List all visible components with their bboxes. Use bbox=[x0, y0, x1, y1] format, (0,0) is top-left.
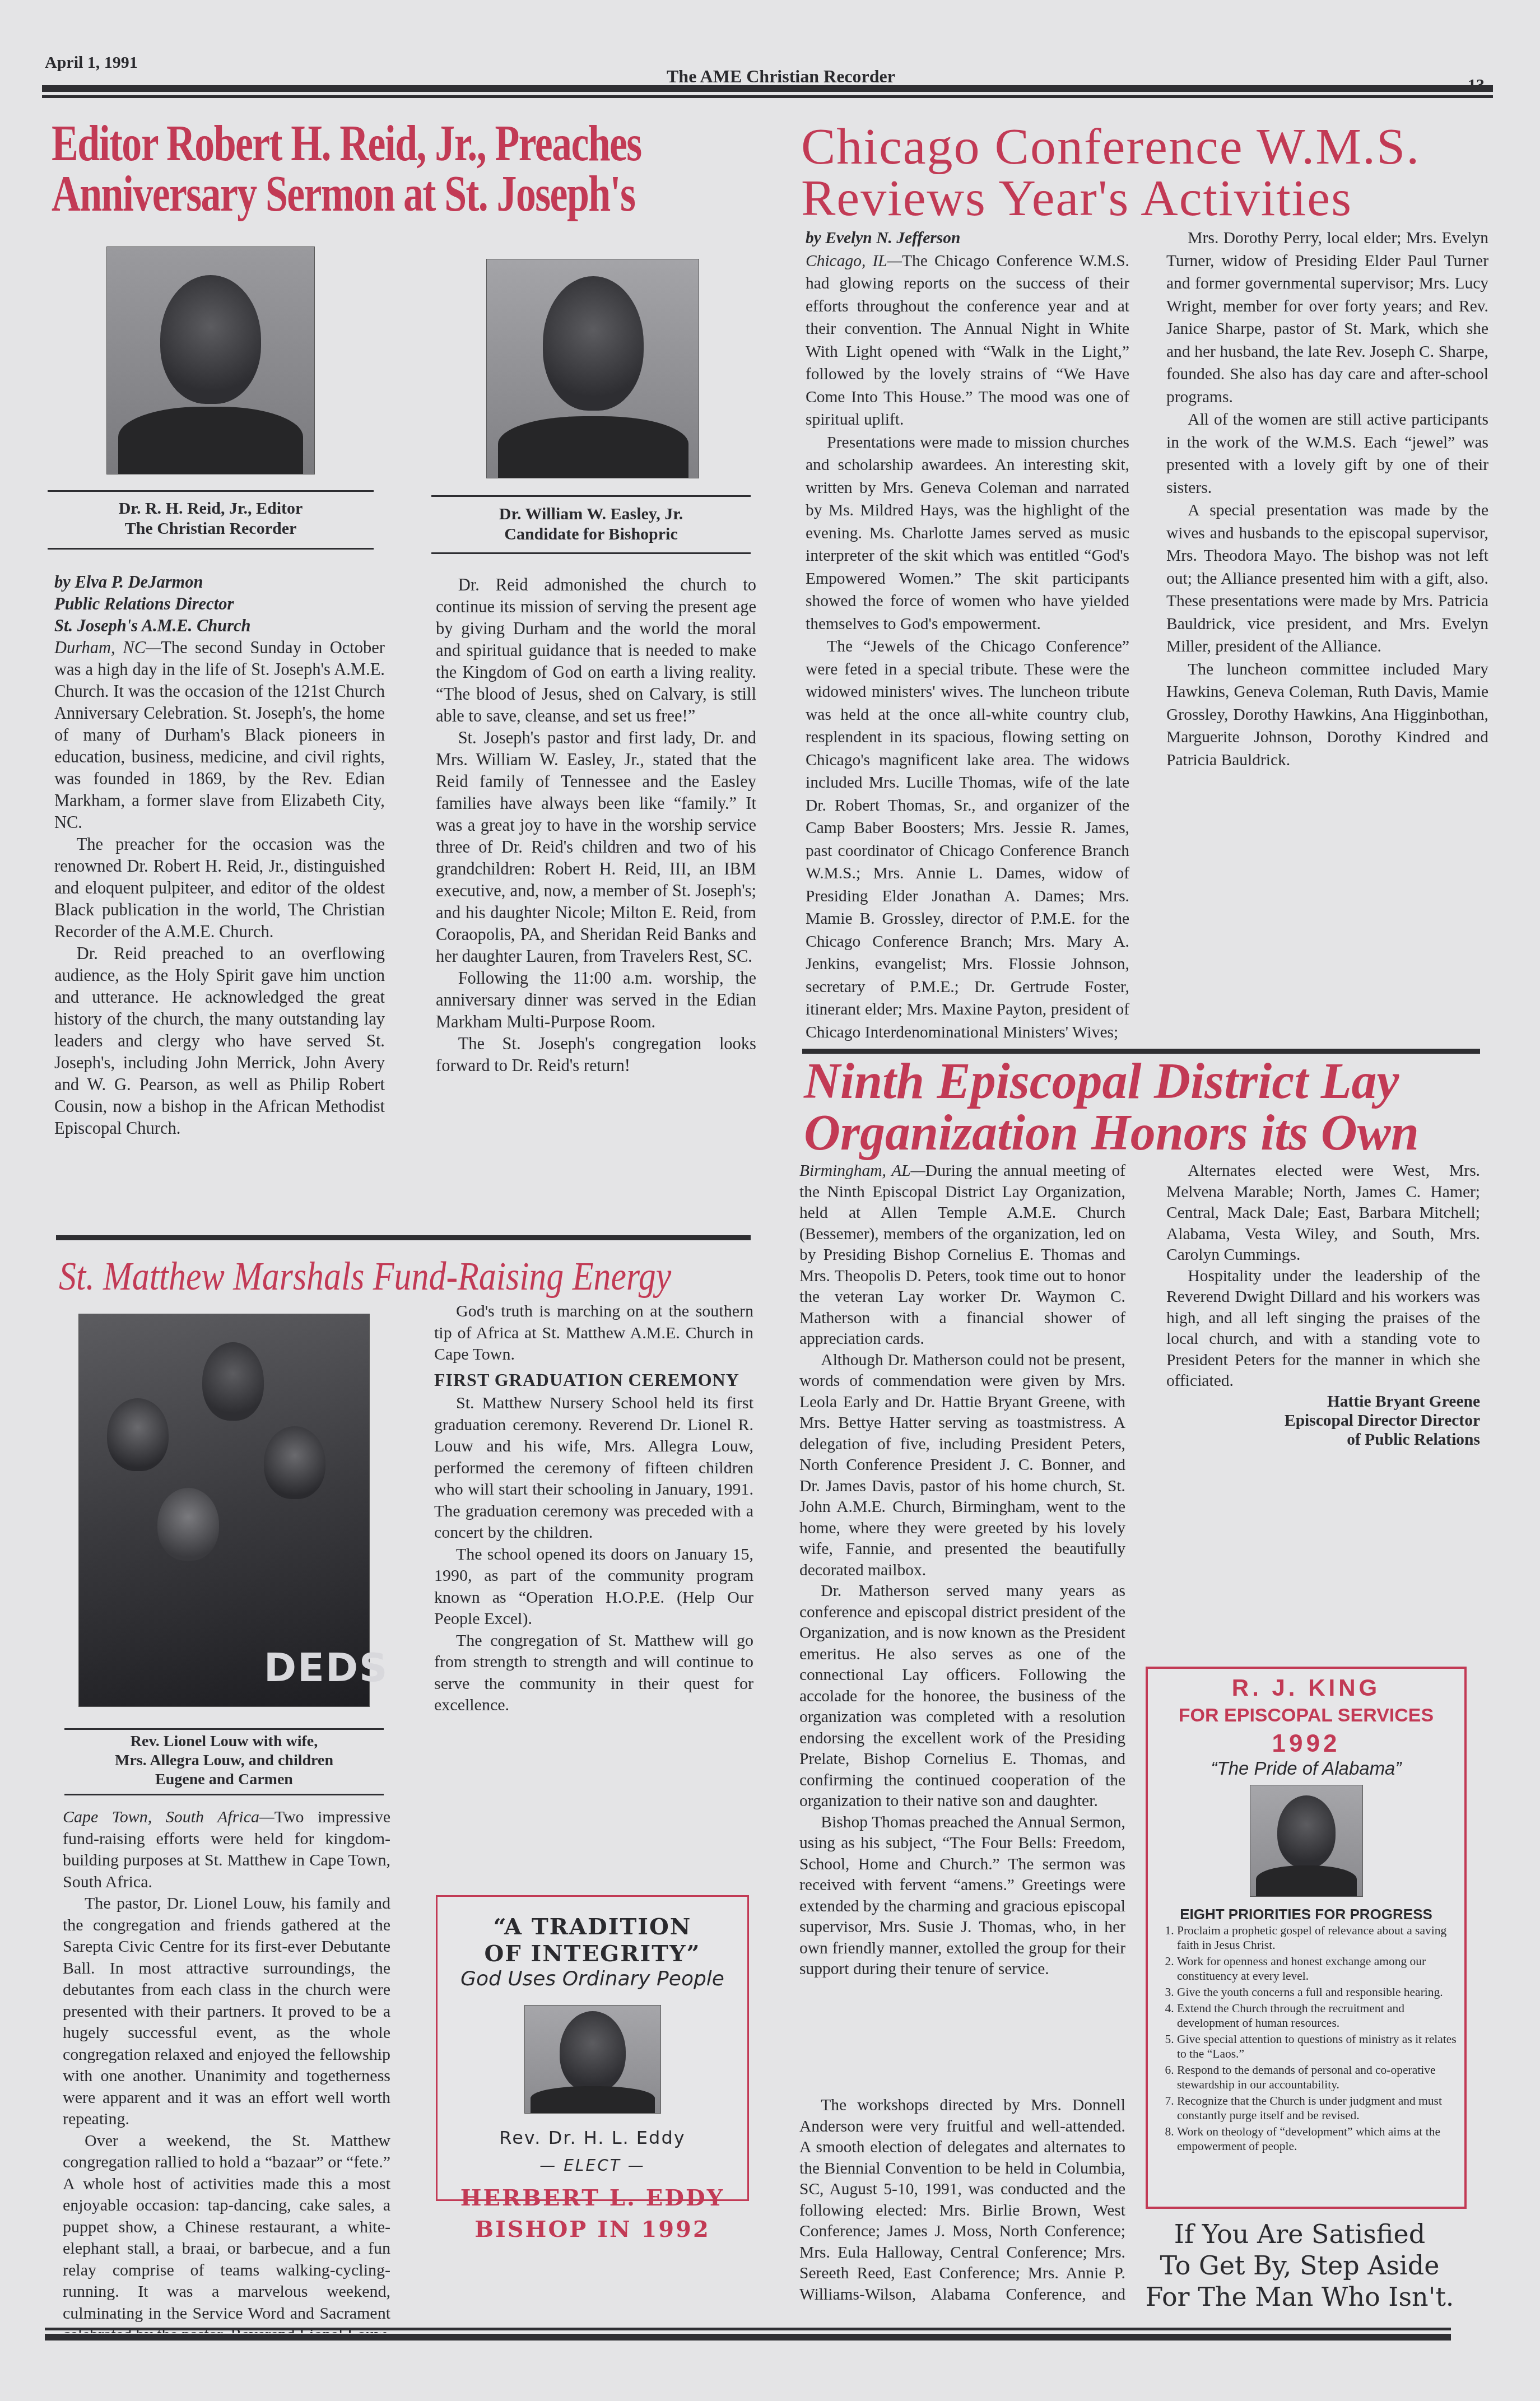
footer-rule-thin bbox=[45, 2328, 1451, 2330]
paragraph: Bishop Thomas preached the Annual Sermon… bbox=[799, 1812, 1125, 1980]
priority-item: Respond to the demands of personal and c… bbox=[1177, 2063, 1464, 2092]
priority-item: Work for openness and honest exchange am… bbox=[1177, 1954, 1464, 1983]
motto-line2: To Get By, Step Aside bbox=[1143, 2250, 1457, 2281]
headline-ninth: Ninth Episcopal District Lay Organizatio… bbox=[804, 1056, 1419, 1159]
issue-date: April 1, 1991 bbox=[45, 53, 138, 72]
priority-item: Extend the Church through the recruitmen… bbox=[1177, 2001, 1464, 2030]
reid-column-2: Dr. Reid admonished the church to contin… bbox=[436, 574, 756, 1077]
paragraph: Hospitality under the leadership of the … bbox=[1166, 1266, 1480, 1392]
signature-name: Hattie Bryant Greene bbox=[1166, 1392, 1480, 1411]
ad-eddy-elect: — ELECT — bbox=[438, 2156, 747, 2175]
reid-column-1: by Elva P. DeJarmon Public Relations Dir… bbox=[54, 571, 385, 1139]
caption-rule-bottom bbox=[431, 552, 751, 554]
paragraph: The preacher for the occasion was the re… bbox=[54, 834, 385, 943]
matthew-column-2: God's truth is marching on at the southe… bbox=[434, 1301, 753, 1716]
photo-mother-face bbox=[107, 1398, 169, 1471]
caption-easley: Dr. William W. Easley, Jr. Candidate for… bbox=[431, 504, 751, 545]
ad-king-title-1: R. J. KING bbox=[1148, 1674, 1464, 1701]
paragraph: St. Matthew Nursery School held its firs… bbox=[434, 1393, 753, 1544]
caption-rule-top bbox=[48, 490, 374, 492]
photo-eddy-body bbox=[531, 2086, 655, 2113]
priority-item: Give special attention to questions of m… bbox=[1177, 2032, 1464, 2061]
motto-line3: For The Man Who Isn't. bbox=[1143, 2281, 1457, 2312]
paragraph: Dr. Matherson served many years as confe… bbox=[799, 1581, 1125, 1812]
ad-eddy-name: Rev. Dr. H. L. Eddy bbox=[438, 2127, 747, 2148]
caption-reid-line2: The Christian Recorder bbox=[48, 519, 374, 539]
paragraph: Dr. Reid admonished the church to contin… bbox=[436, 574, 756, 727]
ad-eddy: “A TRADITION OF INTEGRITY” God Uses Ordi… bbox=[436, 1895, 749, 2201]
caption-rule-top bbox=[64, 1728, 384, 1730]
ninth-column-2: Alternates elected were West, Mrs. Melve… bbox=[1166, 1161, 1480, 1449]
paragraph: Over a weekend, the St. Matthew congrega… bbox=[63, 2130, 390, 2334]
masthead-rule-thick bbox=[42, 85, 1493, 92]
paragraph-text: The Chicago Conference W.M.S. had glowin… bbox=[806, 252, 1129, 429]
paragraph-text: During the annual meeting of the Ninth E… bbox=[799, 1162, 1125, 1348]
photo-reid bbox=[106, 246, 315, 474]
ninth-column-1-cont: The workshops directed by Mrs. Donnell A… bbox=[799, 2095, 1125, 2308]
photo-king-body bbox=[1256, 1865, 1357, 1896]
section-rule bbox=[56, 1235, 751, 1240]
paragraph: St. Joseph's pastor and first lady, Dr. … bbox=[436, 727, 756, 967]
ad-king-priorities-heading: EIGHT PRIORITIES FOR PROGRESS bbox=[1148, 1906, 1464, 1923]
ad-king-title-2: FOR EPISCOPAL SERVICES bbox=[1148, 1705, 1464, 1727]
paragraph: Following the 11:00 a.m. worship, the an… bbox=[436, 967, 756, 1033]
paragraph: A special presentation was made by the w… bbox=[1166, 499, 1488, 658]
caption-easley-line2: Candidate for Bishopric bbox=[431, 524, 751, 545]
caption-louw-line3: Eugene and Carmen bbox=[64, 1770, 384, 1789]
matthew-column-1: Cape Town, South Africa—Two impressive f… bbox=[63, 1807, 390, 2333]
caption-rule-top bbox=[431, 495, 751, 497]
paragraph: The St. Joseph's congregation looks forw… bbox=[436, 1033, 756, 1077]
headline-reid: Editor Robert H. Reid, Jr., Preaches Ann… bbox=[52, 118, 773, 218]
paragraph: The “Jewels of the Chicago Conference” w… bbox=[806, 635, 1129, 1044]
paragraph: Although Dr. Matherson could not be pres… bbox=[799, 1350, 1125, 1581]
byline-author: by Evelyn N. Jefferson bbox=[806, 227, 1129, 250]
caption-louw-line2: Mrs. Allegra Louw, and children bbox=[64, 1751, 384, 1770]
headline-reid-line1: Editor Robert H. Reid, Jr., Preaches bbox=[52, 118, 773, 168]
photo-father-face bbox=[202, 1342, 264, 1421]
photo-easley-body bbox=[498, 416, 688, 478]
dateline: Cape Town, South Africa— bbox=[63, 1808, 274, 1826]
caption-reid: Dr. R. H. Reid, Jr., Editor The Christia… bbox=[48, 499, 374, 539]
ad-eddy-title-2: OF INTEGRITY” bbox=[438, 1941, 747, 1967]
photo-reid-body bbox=[118, 407, 303, 474]
byline-org: St. Joseph's A.M.E. Church bbox=[54, 615, 385, 637]
headline-chicago-line1: Chicago Conference W.M.S. bbox=[801, 120, 1420, 172]
motto: If You Are Satisfied To Get By, Step Asi… bbox=[1143, 2218, 1457, 2312]
ninth-column-1: Birmingham, AL—During the annual meeting… bbox=[799, 1161, 1125, 1980]
byline-title: Public Relations Director bbox=[54, 593, 385, 615]
ad-king-slogan: “The Pride of Alabama” bbox=[1148, 1758, 1464, 1779]
signature-title: Episcopal Director Director bbox=[1166, 1411, 1480, 1430]
ad-eddy-call-1: HERBERT L. EDDY bbox=[438, 2183, 747, 2214]
paragraph: The congregation of St. Matthew will go … bbox=[434, 1630, 753, 1716]
photo-reid-face bbox=[160, 275, 261, 404]
paragraph: Durham, NC—The second Sunday in October … bbox=[54, 637, 385, 834]
caption-rule-bottom bbox=[64, 1794, 384, 1795]
photo-king bbox=[1250, 1785, 1363, 1897]
paragraph: Mrs. Dorothy Perry, local elder; Mrs. Ev… bbox=[1166, 227, 1488, 408]
photo-daughter-face bbox=[264, 1426, 325, 1499]
photo-eddy-face bbox=[560, 2011, 626, 2092]
ad-king-year: 1992 bbox=[1148, 1730, 1464, 1758]
dateline: Durham, NC— bbox=[54, 638, 161, 657]
ad-king-priorities-list: Proclaim a prophetic gospel of relevance… bbox=[1148, 1923, 1464, 2153]
motto-line1: If You Are Satisfied bbox=[1143, 2218, 1457, 2250]
headline-matthew: St. Matthew Marshals Fund-Raising Energy bbox=[59, 1254, 671, 1299]
caption-reid-line1: Dr. R. H. Reid, Jr., Editor bbox=[48, 499, 374, 519]
photo-louw-family: DEDS bbox=[78, 1314, 370, 1707]
paragraph: Cape Town, South Africa—Two impressive f… bbox=[63, 1807, 390, 1893]
footer-rule-thick bbox=[45, 2334, 1451, 2340]
headline-ninth-line1: Ninth Episcopal District Lay bbox=[804, 1056, 1419, 1108]
paragraph: The workshops directed by Mrs. Donnell A… bbox=[799, 2095, 1125, 2308]
dateline: Birmingham, AL— bbox=[799, 1162, 925, 1180]
ad-eddy-title-1: “A TRADITION bbox=[438, 1914, 747, 1941]
headline-chicago: Chicago Conference W.M.S. Reviews Year's… bbox=[801, 120, 1420, 224]
ad-rj-king: R. J. KING FOR EPISCOPAL SERVICES 1992 “… bbox=[1146, 1667, 1467, 2209]
caption-louw: Rev. Lionel Louw with wife, Mrs. Allegra… bbox=[64, 1732, 384, 1789]
subhead-graduation: FIRST GRADUATION CEREMONY bbox=[434, 1369, 753, 1391]
photo-son-face bbox=[157, 1488, 219, 1561]
paragraph: The school opened its doors on January 1… bbox=[434, 1544, 753, 1630]
dateline: Chicago, IL— bbox=[806, 252, 902, 270]
photo-eddy bbox=[524, 2005, 661, 2114]
ad-eddy-subtitle: God Uses Ordinary People bbox=[438, 1967, 747, 1990]
masthead-rule-thin bbox=[42, 95, 1493, 98]
paragraph: Alternates elected were West, Mrs. Melve… bbox=[1166, 1161, 1480, 1266]
photo-easley bbox=[486, 259, 699, 478]
priority-item: Give the youth concerns a full and respo… bbox=[1177, 1985, 1464, 1999]
priority-item: Work on theology of “development” which … bbox=[1177, 2124, 1464, 2153]
priority-item: Proclaim a prophetic gospel of relevance… bbox=[1177, 1923, 1464, 1952]
paragraph: Birmingham, AL—During the annual meeting… bbox=[799, 1161, 1125, 1350]
caption-easley-line1: Dr. William W. Easley, Jr. bbox=[431, 504, 751, 524]
section-rule bbox=[802, 1049, 1480, 1054]
paragraph: Presentations were made to mission churc… bbox=[806, 431, 1129, 636]
byline-author: by Elva P. DeJarmon bbox=[54, 571, 385, 593]
photo-shirt-text: DEDS bbox=[264, 1645, 388, 1691]
signature-title-2: of Public Relations bbox=[1166, 1430, 1480, 1449]
ad-eddy-call-2: BISHOP IN 1992 bbox=[438, 2214, 747, 2245]
paragraph: The pastor, Dr. Lionel Louw, his family … bbox=[63, 1893, 390, 2130]
paragraph: Chicago, IL—The Chicago Conference W.M.S… bbox=[806, 250, 1129, 431]
chicago-column-2: Mrs. Dorothy Perry, local elder; Mrs. Ev… bbox=[1166, 227, 1488, 771]
paragraph: The luncheon committee included Mary Haw… bbox=[1166, 658, 1488, 772]
paragraph-text: The second Sunday in October was a high … bbox=[54, 638, 385, 832]
paragraph: God's truth is marching on at the southe… bbox=[434, 1301, 753, 1366]
photo-king-face bbox=[1277, 1795, 1336, 1868]
publication-name: The AME Christian Recorder bbox=[667, 66, 895, 87]
caption-louw-line1: Rev. Lionel Louw with wife, bbox=[64, 1732, 384, 1751]
paragraph: Dr. Reid preached to an overflowing audi… bbox=[54, 943, 385, 1139]
paragraph: All of the women are still active partic… bbox=[1166, 408, 1488, 499]
headline-chicago-line2: Reviews Year's Activities bbox=[801, 172, 1420, 224]
priority-item: Recognize that the Church is under judgm… bbox=[1177, 2093, 1464, 2123]
caption-rule-bottom bbox=[48, 548, 374, 550]
headline-ninth-line2: Organization Honors its Own bbox=[804, 1108, 1419, 1159]
chicago-column-1: by Evelyn N. Jefferson Chicago, IL—The C… bbox=[806, 227, 1129, 1044]
headline-reid-line2: Anniversary Sermon at St. Joseph's bbox=[52, 168, 773, 218]
photo-easley-face bbox=[543, 276, 644, 411]
